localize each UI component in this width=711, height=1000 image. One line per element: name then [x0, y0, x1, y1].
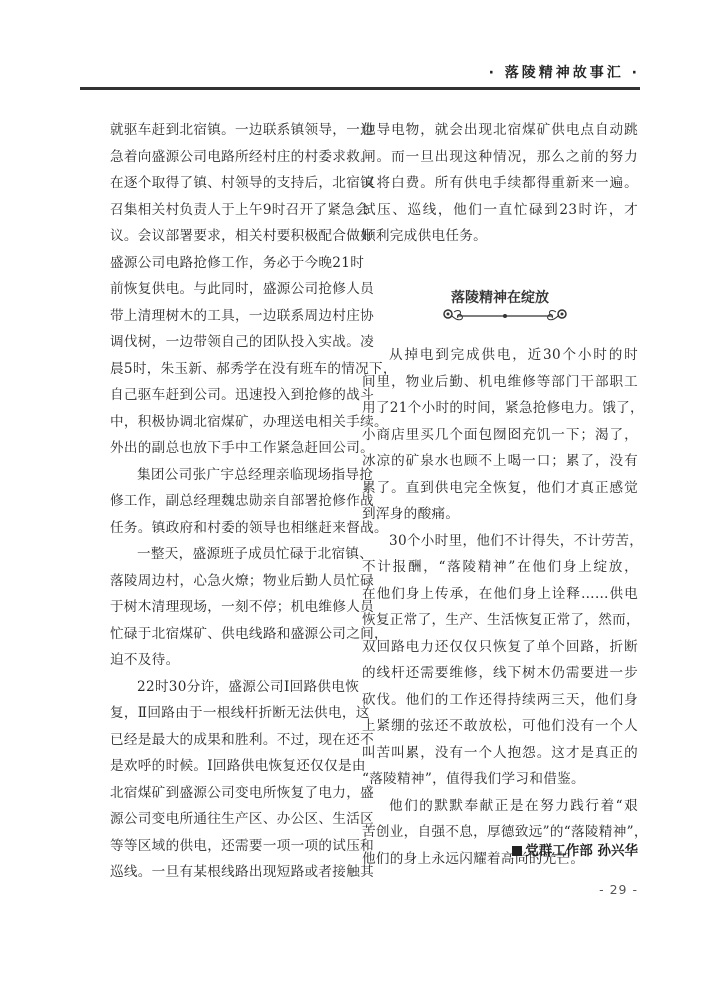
text-line: 自己驱车赶到公司。迅速投入到抢修的战斗: [110, 382, 348, 409]
decorative-flourish-icon: [440, 304, 570, 328]
text-line: 用了21个小时的时间，紧急抢修电力。饿了，: [362, 395, 638, 422]
text-line: “落陵精神”，值得我们学习和借鉴。: [362, 766, 638, 793]
byline-text: 党群工作部 孙兴华: [525, 843, 638, 859]
text-line: 到浑身的酸痛。: [362, 501, 638, 528]
text-line: 带上清理树木的工具，一边联系周边村庄协: [110, 303, 348, 330]
text-line: 顺利完成供电任务。: [362, 223, 638, 250]
text-line: 30个小时里，他们不计得失，不计劳苦，: [362, 528, 638, 555]
left-column: 就驱车赶到北宿镇。一边联系镇领导，一边 急着向盛源公司电路所经村庄的村委求救。 …: [110, 117, 348, 886]
text-line: 累了。直到供电完全恢复，他们才真正感觉: [362, 475, 638, 502]
text-line: 忙碌于北宿煤矿、供电线路和盛源公司之间，: [110, 621, 348, 648]
text-line: 又将白费。所有供电手续都得重新来一遍。: [362, 170, 638, 197]
header-rule: [80, 87, 640, 90]
text-line: 调伐树，一边带领自己的团队投入实战。凌: [110, 329, 348, 356]
text-line: 召集相关村负责人于上午9时召开了紧急会: [110, 197, 348, 224]
running-head: · 落陵精神故事汇 ·: [80, 62, 640, 82]
text-line: 在他们身上传承，在他们身上诠释……供电: [362, 581, 638, 608]
text-line: 叫苦叫累，没有一个人抱怨。这才是真正的: [362, 740, 638, 767]
text-line: 议。会议部署要求，相关村要积极配合做好: [110, 223, 348, 250]
text-line: 北宿煤矿到盛源公司变电所恢复了电力，盛: [110, 780, 348, 807]
text-line: 就驱车赶到北宿镇。一边联系镇领导，一边: [110, 117, 348, 144]
text-line: 外出的副总也放下手中工作紧急赶回公司。: [110, 435, 348, 462]
black-square-icon: [512, 846, 522, 856]
author-byline: 党群工作部 孙兴华: [362, 839, 638, 859]
text-line: 上紧绷的弦还不敢放松，可他们没有一个人: [362, 713, 638, 740]
text-line: 等等区域的供电，还需要一项一项的试压和: [110, 833, 348, 860]
text-line: 集团公司张广宇总经理亲临现场指导抢: [110, 462, 348, 489]
text-line: 砍伐。他们的工作还得持续两三天，他们身: [362, 687, 638, 714]
text-line: 已经是最大的成果和胜利。不过，现在还不: [110, 727, 348, 754]
text-line: 他导电物，就会出现北宿煤矿供电点自动跳: [362, 117, 638, 144]
text-line: 中，积极协调北宿煤矿，办理送电相关手续。: [110, 409, 348, 436]
text-line: 复，Ⅱ回路由于一根线杆折断无法供电，这: [110, 700, 348, 727]
text-line: 在逐个取得了镇、村领导的支持后，北宿镇: [110, 170, 348, 197]
text-line: 任务。镇政府和村委的领导也相继赶来督战。: [110, 515, 348, 542]
text-line: 是欢呼的时候。Ⅰ回路供电恢复还仅仅是由: [110, 753, 348, 780]
text-line: 修工作，副总经理魏忠勋亲自部署抢修作战: [110, 488, 348, 515]
text-line: 前恢复供电。与此同时，盛源公司抢修人员: [110, 276, 348, 303]
text-line: 源公司变电所通往生产区、办公区、生活区: [110, 806, 348, 833]
text-line: 盛源公司电路抢修工作，务必于今晚21时: [110, 250, 348, 277]
text-line: 他们的默默奉献正是在努力践行着“艰: [362, 793, 638, 820]
text-line: 晨5时，朱玉新、郝秀学在没有班车的情况下，: [110, 356, 348, 383]
text-line: 恢复正常了，生产、生活恢复正常了，然而，: [362, 607, 638, 634]
right-column-bottom: 从掉电到完成供电，近30个小时的时 间里，物业后勤、机电维修等部门干部职工 用了…: [362, 342, 638, 872]
text-line: 冰凉的矿泉水也顾不上喝一口；累了，没有: [362, 448, 638, 475]
text-line: 急着向盛源公司电路所经村庄的村委求救。: [110, 144, 348, 171]
text-line: 的线杆还需要维修，线下树木仍需要进一步: [362, 660, 638, 687]
text-line: 双回路电力还仅仅只恢复了单个回路，折断: [362, 634, 638, 661]
text-line: 巡线。一旦有某根线路出现短路或者接触其: [110, 859, 348, 886]
text-line: 不计报酬，“落陵精神”在他们身上绽放，: [362, 554, 638, 581]
text-line: 22时30分许，盛源公司Ⅰ回路供电恢: [110, 674, 348, 701]
right-column-top: 他导电物，就会出现北宿煤矿供电点自动跳 闸。而一旦出现这种情况，那么之前的努力 …: [362, 117, 638, 250]
text-line: 迫不及待。: [110, 647, 348, 674]
text-line: 于树木清理现场，一刻不停；机电维修人员: [110, 594, 348, 621]
text-line: 一整天，盛源班子成员忙碌于北宿镇、: [110, 541, 348, 568]
text-line: 闸。而一旦出现这种情况，那么之前的努力: [362, 144, 638, 171]
page-number: - 29 -: [560, 882, 638, 897]
text-line: 间里，物业后勤、机电维修等部门干部职工: [362, 369, 638, 396]
text-line: 从掉电到完成供电，近30个小时的时: [362, 342, 638, 369]
text-line: 小商店里买几个面包囫囵充饥一下；渴了，: [362, 422, 638, 449]
text-line: 试压、巡线，他们一直忙碌到23时许，才: [362, 197, 638, 224]
text-line: 落陵周边村，心急火燎；物业后勤人员忙碌: [110, 568, 348, 595]
